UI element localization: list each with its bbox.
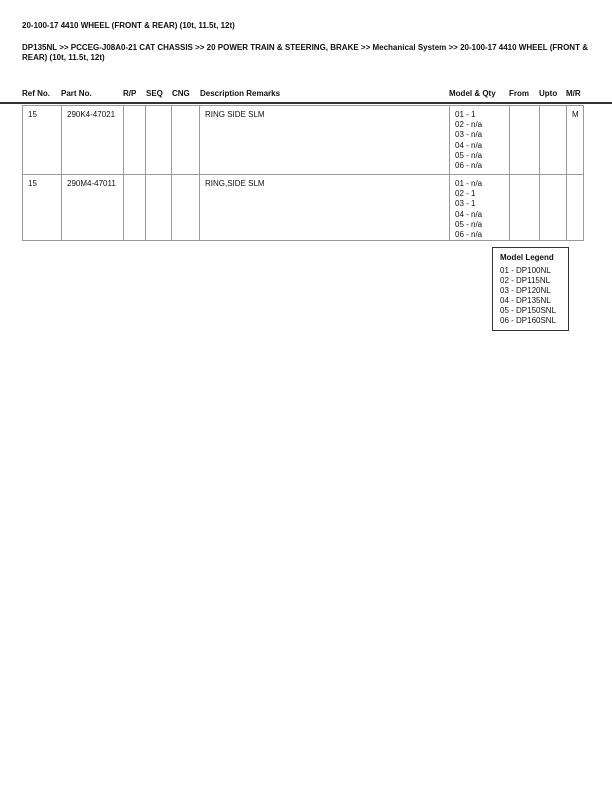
model-qty-entry: 06 - n/a	[455, 161, 509, 171]
table-row: 15290K4-47021RING SIDE SLM01 - 102 - n/a…	[23, 106, 584, 175]
header-seq: SEQ	[146, 89, 163, 98]
legend-item: 04 - DP135NL	[500, 296, 568, 306]
header-divider	[0, 102, 612, 104]
from-cell	[510, 175, 540, 241]
model-qty-cell: 01 - 102 - n/a03 - n/a04 - n/a05 - n/a06…	[450, 106, 510, 175]
header-ref-no: Ref No.	[22, 89, 50, 98]
upto-cell	[540, 175, 567, 241]
mr-cell: M	[567, 106, 584, 175]
description-cell: RING SIDE SLM	[200, 106, 450, 175]
description-cell: RING,SIDE SLM	[200, 175, 450, 241]
model-qty-entry: 01 - n/a	[455, 179, 509, 189]
mr-cell	[567, 175, 584, 241]
page-title: 20-100-17 4410 WHEEL (FRONT & REAR) (10t…	[22, 21, 235, 30]
from-cell	[510, 106, 540, 175]
model-qty-entry: 03 - n/a	[455, 130, 509, 140]
cng-cell	[172, 175, 200, 241]
part-no-cell: 290M4-47011	[62, 175, 124, 241]
seq-cell	[146, 106, 172, 175]
breadcrumb: DP135NL >> PCCEG-J08A0-21 CAT CHASSIS >>…	[22, 43, 592, 63]
model-qty-entry: 05 - n/a	[455, 220, 509, 230]
legend-title: Model Legend	[500, 253, 568, 263]
header-model-qty: Model & Qty	[449, 89, 496, 98]
header-mr: M/R	[566, 89, 581, 98]
legend-item: 05 - DP150SNL	[500, 306, 568, 316]
header-cng: CNG	[172, 89, 190, 98]
model-qty-cell: 01 - n/a02 - 103 - 104 - n/a05 - n/a06 -…	[450, 175, 510, 241]
header-part-no: Part No.	[61, 89, 92, 98]
model-qty-entry: 03 - 1	[455, 199, 509, 209]
model-qty-entry: 02 - n/a	[455, 120, 509, 130]
table-row: 15290M4-47011RING,SIDE SLM01 - n/a02 - 1…	[23, 175, 584, 241]
model-qty-entry: 04 - n/a	[455, 141, 509, 151]
ref-cell: 15	[23, 106, 62, 175]
cng-cell	[172, 106, 200, 175]
header-description: Description Remarks	[200, 89, 280, 98]
rp-cell	[124, 106, 146, 175]
seq-cell	[146, 175, 172, 241]
legend-item: 02 - DP115NL	[500, 276, 568, 286]
header-rp: R/P	[123, 89, 136, 98]
model-qty-entry: 01 - 1	[455, 110, 509, 120]
header-from: From	[509, 89, 529, 98]
legend-item: 03 - DP120NL	[500, 286, 568, 296]
legend-item: 06 - DP160SNL	[500, 316, 568, 326]
rp-cell	[124, 175, 146, 241]
parts-table: 15290K4-47021RING SIDE SLM01 - 102 - n/a…	[22, 105, 584, 241]
part-no-cell: 290K4-47021	[62, 106, 124, 175]
upto-cell	[540, 106, 567, 175]
model-qty-entry: 02 - 1	[455, 189, 509, 199]
legend-item: 01 - DP100NL	[500, 266, 568, 276]
ref-cell: 15	[23, 175, 62, 241]
model-qty-entry: 06 - n/a	[455, 230, 509, 240]
model-qty-entry: 04 - n/a	[455, 210, 509, 220]
model-legend: Model Legend 01 - DP100NL02 - DP115NL03 …	[492, 247, 569, 331]
header-upto: Upto	[539, 89, 557, 98]
model-qty-entry: 05 - n/a	[455, 151, 509, 161]
